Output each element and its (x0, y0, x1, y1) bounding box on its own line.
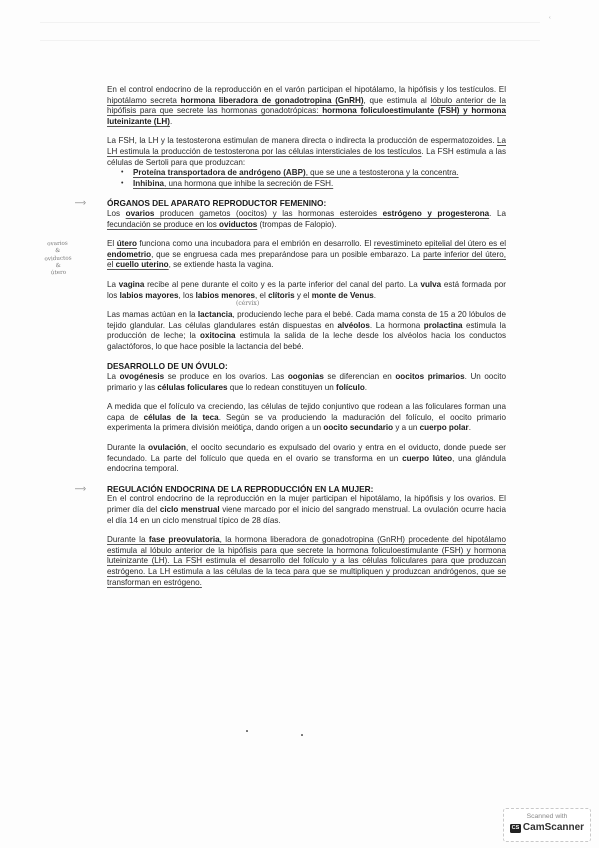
document-body: En el control endocrino de la reproducci… (107, 85, 506, 597)
sertoli-products-list: Proteína transportadora de andrógeno (AB… (107, 168, 506, 189)
heading-female-endocrine: —› REGULACIÓN ENDOCRINA DE LA REPRODUCCI… (107, 484, 506, 495)
list-item: Proteína transportadora de andrógeno (AB… (121, 168, 506, 179)
paragraph-fsh-lh: La FSH, la LH y la testosterona estimula… (107, 136, 506, 168)
speck (246, 730, 248, 732)
note-line: útero (33, 269, 83, 278)
paragraph-male-endocrine: En el control endocrino de la reproducci… (107, 85, 506, 127)
handwritten-arrow-icon: —› (75, 483, 85, 494)
paragraph-preovulatory: Durante la fase preovulatoria, la hormon… (107, 535, 506, 588)
bleed-through-line (40, 22, 540, 23)
camscanner-watermark: Scanned with CS CamScanner (503, 808, 591, 842)
corner-mark: ‹ (549, 15, 551, 21)
handwritten-margin-note: ovarios & oviductos & útero (32, 240, 83, 278)
paragraph-mammary: Las mamas actúan en la lactancia, produc… (107, 310, 506, 352)
paragraph-menstrual-cycle: En el control endocrino de la reproducci… (107, 494, 506, 526)
watermark-brand: CS CamScanner (504, 821, 590, 835)
paragraph-ovulation: Durante la ovulación, el oocito secundar… (107, 443, 506, 475)
speck (243, 430, 245, 432)
watermark-brand-text: CamScanner (523, 821, 584, 835)
paragraph-vagina-vulva: La vagina recibe al pene durante el coit… (107, 280, 506, 301)
bleed-through-line (40, 40, 540, 41)
heading-ovum-development: DESARROLLO DE UN ÓVULO: (107, 361, 506, 372)
scanned-page: ‹ ovarios & oviductos & útero (cérvix) E… (0, 0, 599, 848)
paragraph-ovaries: Los ovarios producen gametos (oocitos) y… (107, 209, 506, 230)
watermark-caption: Scanned with (504, 812, 590, 821)
speck (301, 734, 303, 736)
camscanner-logo-icon: CS (510, 824, 521, 833)
paragraph-uterus: El útero funciona como una incubadora pa… (107, 239, 506, 271)
handwritten-arrow-icon: —› (75, 197, 85, 208)
heading-female-organs: —› ÓRGANOS DEL APARATO REPRODUCTOR FEMEN… (107, 198, 506, 209)
list-item: Inhibina, una hormona que inhibe la secr… (121, 179, 506, 190)
paragraph-follicle-growth: A medida que el folículo va creciendo, l… (107, 402, 506, 434)
paragraph-oogenesis: La ovogénesis se produce en los ovarios.… (107, 372, 506, 393)
